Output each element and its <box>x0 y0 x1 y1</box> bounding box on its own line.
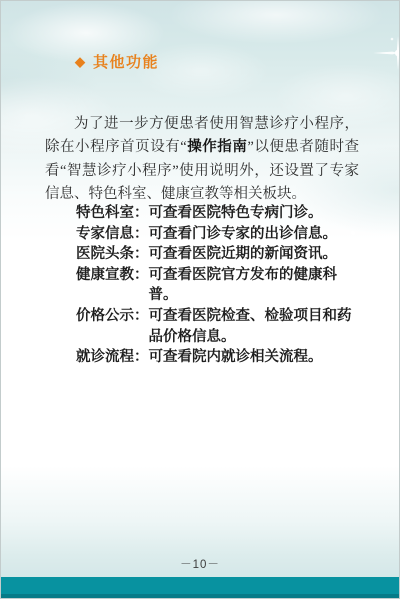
feature-item: 健康宣教： 可查看医院官方发布的健康科普。 <box>76 265 363 306</box>
document-page: ◆ 其他功能 为了进一步方便患者使用智慧诊疗小程序，除在小程序首页设有“操作指南… <box>0 0 400 599</box>
page-number: －10－ <box>1 556 399 572</box>
feature-description: 可查看院内就诊相关流程。 <box>149 347 364 368</box>
feature-description: 可查看门诊专家的出诊信息。 <box>149 224 364 245</box>
paragraph-bold-term: 操作指南 <box>187 139 248 155</box>
feature-label: 健康宣教： <box>76 265 149 306</box>
sparkle-icon <box>371 34 400 72</box>
feature-description: 可查看医院特色专病门诊。 <box>149 203 364 224</box>
section-title: 其他功能 <box>93 51 159 72</box>
feature-description: 可查看医院近期的新闻资讯。 <box>149 244 364 265</box>
feature-label: 医院头条： <box>76 244 149 265</box>
feature-item: 就诊流程： 可查看院内就诊相关流程。 <box>76 347 363 368</box>
feature-description: 可查看医院检查、检验项目和药品价格信息。 <box>149 306 364 347</box>
feature-item: 医院头条： 可查看医院近期的新闻资讯。 <box>76 244 363 265</box>
feature-label: 价格公示： <box>76 306 149 347</box>
feature-item: 价格公示： 可查看医院检查、检验项目和药品价格信息。 <box>76 306 363 347</box>
feature-item: 特色科室： 可查看医院特色专病门诊。 <box>76 203 363 224</box>
footer-band <box>1 577 399 598</box>
feature-item: 专家信息： 可查看门诊专家的出诊信息。 <box>76 224 363 245</box>
feature-list: 特色科室： 可查看医院特色专病门诊。 专家信息： 可查看门诊专家的出诊信息。 医… <box>76 203 363 368</box>
intro-paragraph: 为了进一步方便患者使用智慧诊疗小程序，除在小程序首页设有“操作指南”以便患者随时… <box>45 113 359 207</box>
section-heading: ◆ 其他功能 <box>75 51 159 72</box>
feature-label: 专家信息： <box>76 224 149 245</box>
diamond-bullet-icon: ◆ <box>75 54 85 70</box>
feature-label: 就诊流程： <box>76 347 149 368</box>
feature-label: 特色科室： <box>76 203 149 224</box>
feature-description: 可查看医院官方发布的健康科普。 <box>149 265 364 306</box>
